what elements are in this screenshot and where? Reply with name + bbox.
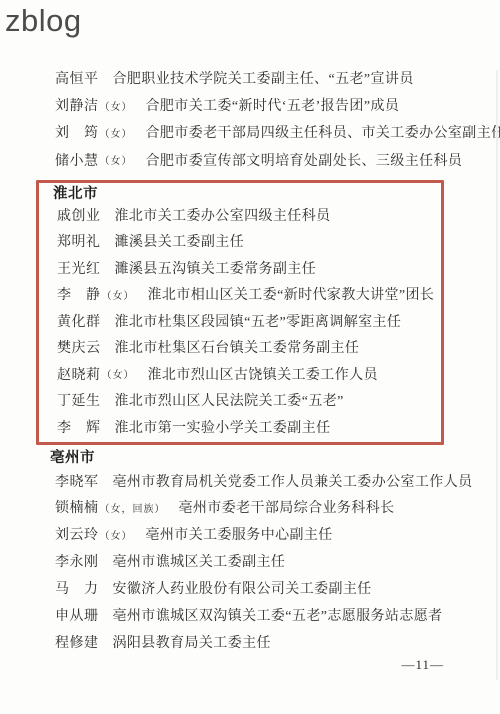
person-note: （女） [100, 98, 133, 113]
person-title: 涡阳县教育局关工委主任 [113, 632, 271, 652]
person-name: 马 力 [55, 578, 99, 598]
list-item: 郑明礼 濉溪县关工委副主任 [39, 228, 441, 255]
person-name: 程修建 [55, 632, 99, 652]
person-name: 李永刚 [55, 551, 99, 571]
person-title: 亳州市教育局机关党委工作人员兼关工委办公室工作人员 [113, 471, 473, 491]
person-title: 淮北市烈山区古饶镇关工委工作人员 [148, 364, 378, 384]
person-name: 王光红 [57, 258, 101, 278]
person-name: 申从珊 [55, 605, 99, 625]
list-item: 马 力 安徽济人药业股份有限公司关工委副主任 [0, 575, 500, 602]
person-name: 樊庆云 [57, 337, 101, 357]
person-name: 郑明礼 [57, 231, 101, 251]
section-header-bozhou: 亳州市 [0, 449, 500, 467]
list-item: 申从珊 亳州市谯城区双沟镇关工委“五老”志愿服务站志愿者 [0, 602, 500, 629]
person-title: 亳州市委老干部局综合业务科科长 [179, 497, 395, 517]
person-title: 安徽济人药业股份有限公司关工委副主任 [113, 578, 372, 598]
person-title: 亳州市谯城区双沟镇关工委“五老”志愿服务站志愿者 [113, 605, 443, 625]
list-item: 戚创业 淮北市关工委办公室四级主任科员 [39, 202, 441, 229]
person-name: 储小慧 [55, 150, 99, 170]
list-item: 丁延生 淮北市烈山区人民法院关工委“五老” [39, 387, 441, 414]
person-note: （女） [102, 366, 135, 381]
person-title: 合肥市关工委“新时代‘五老’报告团”成员 [146, 95, 400, 115]
person-name: 刘静洁 [55, 95, 99, 115]
person-note: （女，回族） [100, 500, 166, 515]
person-name: 赵晓莉 [57, 364, 101, 384]
person-note: （女） [102, 287, 135, 302]
person-note: （女） [100, 125, 133, 140]
zblog-watermark: zblog [5, 4, 82, 38]
list-item: 刘静洁 （女） 合肥市关工委“新时代‘五老’报告团”成员 [0, 91, 500, 118]
person-title: 合肥市委老干部局四级主任科员、市关工委办公室副主任 [146, 122, 500, 142]
person-name: 李晓军 [55, 471, 99, 491]
person-name: 刘 筠 [55, 122, 99, 142]
person-title: 淮北市相山区关工委“新时代家教大讲堂”团长 [148, 284, 435, 304]
person-name: 刘云玲 [55, 524, 99, 544]
person-name: 锁楠楠 [55, 497, 99, 517]
person-title: 淮北市第一实验小学关工委副主任 [115, 417, 331, 437]
list-item: 刘 筠 （女） 合肥市委老干部局四级主任科员、市关工委办公室副主任 [0, 119, 500, 146]
person-title: 亳州市谯城区关工委副主任 [113, 551, 286, 571]
red-highlight-box: 淮北市 戚创业 淮北市关工委办公室四级主任科员 郑明礼 濉溪县关工委副主任 王光… [36, 180, 444, 446]
scan-edge-artifact [496, 70, 498, 680]
list-item: 赵晓莉 （女） 淮北市烈山区古饶镇关工委工作人员 [39, 361, 441, 388]
list-item: 李 辉 淮北市第一实验小学关工委副主任 [39, 414, 441, 441]
person-name: 高恒平 [55, 68, 99, 88]
list-item: 高恒平 合肥职业技术学院关工委副主任、“五老”宣讲员 [0, 64, 500, 91]
page-number: —11— [0, 657, 500, 673]
person-title: 濉溪县关工委副主任 [115, 231, 245, 251]
person-title: 亳州市关工委服务中心副主任 [146, 524, 333, 544]
list-item: 锁楠楠 （女，回族） 亳州市委老干部局综合业务科科长 [0, 494, 500, 521]
person-note: （女） [100, 527, 133, 542]
list-item: 程修建 涡阳县教育局关工委主任 [0, 628, 500, 655]
list-item: 储小慧 （女） 合肥市委宣传部文明培育处副处长、三级主任科员 [0, 146, 500, 173]
list-item: 李晓军 亳州市教育局机关党委工作人员兼关工委办公室工作人员 [0, 467, 500, 494]
list-item: 李永刚 亳州市谯城区关工委副主任 [0, 548, 500, 575]
person-title: 淮北市杜集区石台镇关工委常务副主任 [115, 337, 360, 357]
person-title: 濉溪县五沟镇关工委常务副主任 [115, 258, 317, 278]
person-title: 合肥职业技术学院关工委副主任、“五老”宣讲员 [113, 68, 414, 88]
person-title: 淮北市杜集区段园镇“五老”零距离调解室主任 [115, 311, 402, 331]
person-name: 李 静 [57, 284, 101, 304]
list-item: 李 静 （女） 淮北市相山区关工委“新时代家教大讲堂”团长 [39, 281, 441, 308]
list-item: 王光红 濉溪县五沟镇关工委常务副主任 [39, 255, 441, 282]
section-bozhou: 亳州市 李晓军 亳州市教育局机关党委工作人员兼关工委办公室工作人员 锁楠楠 （女… [0, 449, 500, 655]
person-note: （女） [100, 152, 133, 167]
person-title: 合肥市委宣传部文明培育处副处长、三级主任科员 [146, 150, 463, 170]
person-title: 淮北市关工委办公室四级主任科员 [115, 205, 331, 225]
person-title: 淮北市烈山区人民法院关工委“五老” [115, 390, 344, 410]
list-item: 樊庆云 淮北市杜集区石台镇关工委常务副主任 [39, 334, 441, 361]
person-name: 戚创业 [57, 205, 101, 225]
person-name: 李 辉 [57, 417, 101, 437]
section-header-huaibei: 淮北市 [39, 183, 441, 202]
list-item: 刘云玲 （女） 亳州市关工委服务中心副主任 [0, 521, 500, 548]
document-page: 高恒平 合肥职业技术学院关工委副主任、“五老”宣讲员 刘静洁 （女） 合肥市关工… [0, 0, 500, 673]
list-item: 黄化群 淮北市杜集区段园镇“五老”零距离调解室主任 [39, 308, 441, 335]
person-name: 丁延生 [57, 390, 101, 410]
person-name: 黄化群 [57, 311, 101, 331]
